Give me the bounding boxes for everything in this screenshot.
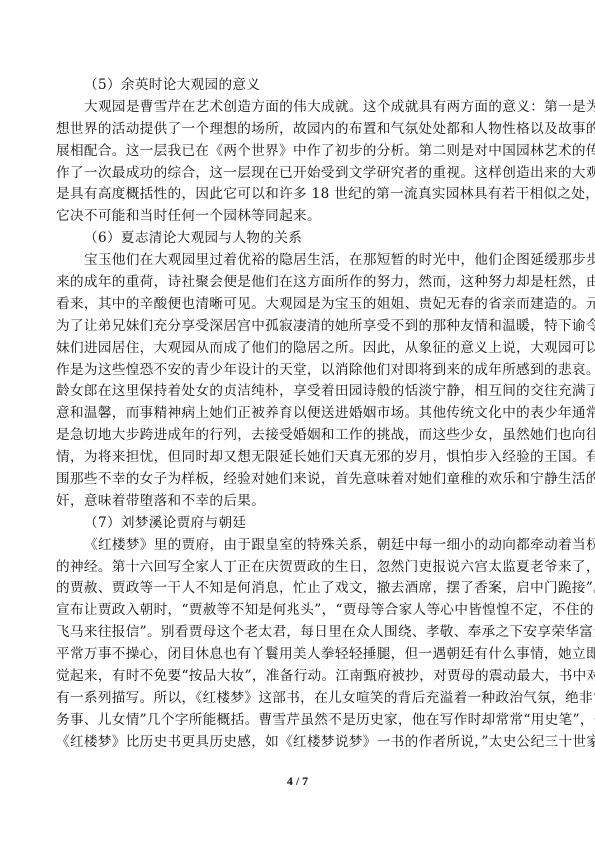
document-page: （5）余英时论大观园的意义 大观园是曹雪芹在艺术创造方面的伟大成就。这个成就具有… — [56, 75, 540, 754]
section-heading-6: （6）夏志清论大观园与人物的关系 — [56, 228, 540, 250]
paragraph-line: 宣布让贾政入朝时，“贾赦等不知是何兆头”，“贾母等合家人等心中皆惶惶不定，不住的… — [56, 600, 540, 622]
paragraph-line: 大观园是曹雪芹在艺术创造方面的伟大成就。这个成就具有两方面的意义：第一是为理 — [56, 97, 540, 119]
paragraph-line: 为了让弟兄妹们充分享受深居宫中孤寂凄清的她所享受不到的那种友情和温暖，特下谕令弟 — [56, 316, 540, 338]
paragraph-line: 展相配合。这一层我已在《两个世界》中作了初步的分析。第二则是对中国园林艺术的传统 — [56, 141, 540, 163]
paragraph-line: 的神经。第十六回写全家人丁正在庆贺贾政的生日，忽然门吏报说六宫太监夏老爷来了，“… — [56, 557, 540, 579]
paragraph-line: 务事、儿女情”几个字所能概括。曹雪芹虽然不是历史家，他在写作时却常常“用史笔”，… — [56, 710, 540, 732]
paragraph-line: 妹们进园居住，大观园从而成了他们的隐居之所。因此，从象征的意义上说，大观园可以看 — [56, 338, 540, 360]
page-number: 4 / 7 — [0, 774, 595, 789]
paragraph-line: 平常万事不操心，闭目休息也有丫鬟用美人拳轻轻捶腿，但一遇朝廷有什么事情，她立即警 — [56, 644, 540, 666]
paragraph-line: 《红楼梦》比历史书更具历史感，如《红楼梦说梦》一书的作者所说，”太史公纪三十世家… — [56, 732, 540, 754]
paragraph-line: 围那些不幸的女子为样板，经验对她们来说，首先意味着对她们童稚的欢乐和宁静生活的强 — [56, 469, 540, 491]
paragraph-line: 飞马来往报信”。别看贾母这个老太君，每日里在众人围绕、孝敬、奉承之下安享荣华富贵… — [56, 622, 540, 644]
paragraph-line: 有一系列描写。所以，《红楼梦》这部书，在儿女喧笑的背后充溢着一种政治气氛，绝非“… — [56, 688, 540, 710]
paragraph-line: 看来，其中的辛酸便也清晰可见。大观园是为宝玉的姐姐、贵妃无春的省亲而建造的。元春 — [56, 294, 540, 316]
paragraph-line: 觉起来，有时不免要“按品大妆”，准备行动。江南甄府被抄，对贾母的震动最大，书中对… — [56, 666, 540, 688]
paragraph-line: 意和温馨，而事精神病上她们正被养育以便送进婚姻市场。其他传统文化中的表少年通常都 — [56, 403, 540, 425]
paragraph-line: 《红楼梦》里的贾府，由于跟皇室的特殊关系，朝廷中每一细小的动向都牵动着当权者 — [56, 535, 540, 557]
section-heading-5: （5）余英时论大观园的意义 — [56, 75, 540, 97]
paragraph-line: 想世界的活动提供了一个理想的场所，故园内的布置和气氛处处都和人物性格以及故事的发 — [56, 119, 540, 141]
paragraph-line: 它决不可能和当时任何一个园林等同起来。 — [56, 206, 540, 228]
paragraph-line: 龄女郎在这里保持着处女的贞洁纯朴，享受着田园诗般的恬淡宁静，相互间的交往充满了诗 — [56, 381, 540, 403]
paragraph-line: 是具有高度概括性的，因此它可以和许多 18 世纪的第一流真实园林具有若干相似之处… — [56, 184, 540, 206]
paragraph-line: 是急切地大步跨进成年的行列，去接受婚姻和工作的挑战，而这些少女，虽然她们也向往爱 — [56, 425, 540, 447]
paragraph-line: 作是为这些惶恐不安的青少年设计的天堂，以消除他们对即将到来的成年所感到的悲哀。妙 — [56, 360, 540, 382]
paragraph-line: 的贾赦、贾政等一干人不知是何消息，忙止了戏文，撤去酒席，摆了香案，启中门跪接”。… — [56, 578, 540, 600]
paragraph-line: 作了一次最成功的综合，这一层现在已开始受到文学研究者的重视。这样创造出来的大观园 — [56, 163, 540, 185]
section-heading-7: （7）刘梦溪论贾府与朝廷 — [56, 513, 540, 535]
paragraph-line: 情，为将来担忧，但同时却又想无限延长她们天真无邪的岁月，惧怕步入经验的王国。有周 — [56, 447, 540, 469]
paragraph-line: 奸，意味着带堕落和不幸的后果。 — [56, 491, 540, 513]
paragraph-line: 宝玉他们在大观园里过着优裕的隐居生活，在那短暂的时光中，他们企图延缓那步步压 — [56, 250, 540, 272]
paragraph-line: 来的成年的重荷，诗社聚会便是他们在这方面所作的努力，然而，这种努力却是枉然，由此 — [56, 272, 540, 294]
